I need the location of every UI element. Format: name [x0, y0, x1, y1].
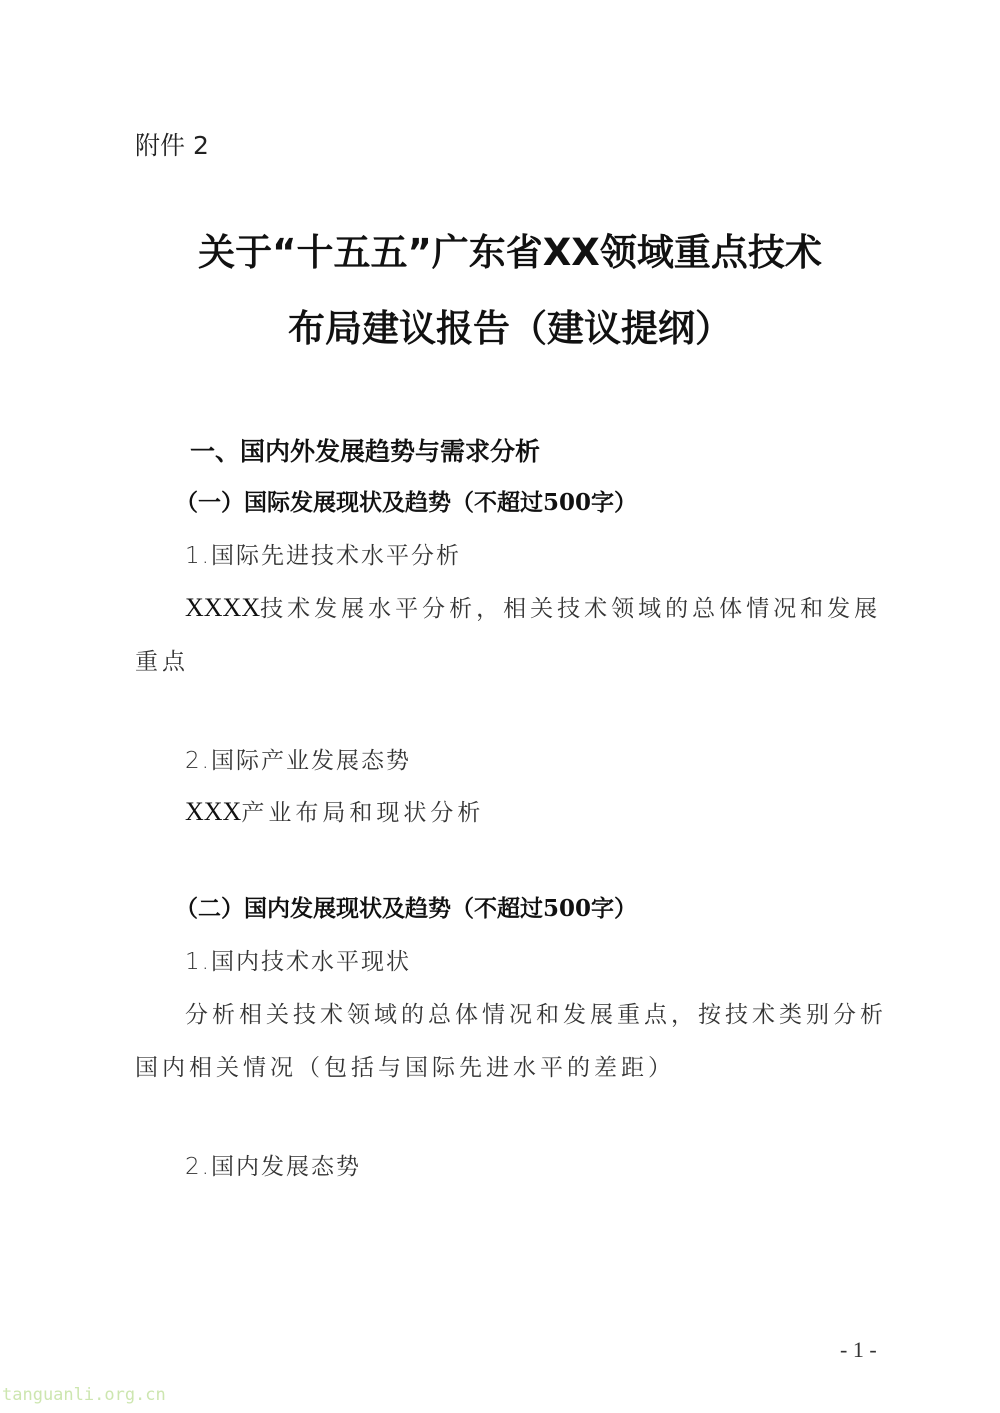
item-title-domestic-trend: 2.国内发展态势: [185, 1148, 361, 1181]
page-number: - 1 -: [840, 1337, 877, 1363]
item-title-intl-tech: 1.国际先进技术水平分析: [185, 537, 461, 570]
item-body-domestic-tech-line-2: 国内相关情况（包括与国际先进水平的差距）: [135, 1049, 675, 1082]
document-title-line-2: 布局建议报告（建议提纲）: [0, 298, 1000, 352]
attachment-label: 附件 2: [135, 126, 209, 162]
item-body-domestic-tech-line-1: 分析相关技术领域的总体情况和发展重点，按技术类别分析: [185, 996, 887, 1029]
placeholder-xxxx: XXXX: [185, 593, 260, 622]
item-title-intl-industry: 2.国际产业发展态势: [185, 742, 411, 775]
document-title-line-1: 关于“十五五”广东省XX领域重点技术: [0, 222, 1000, 276]
watermark: tanguanli.org.cn: [2, 1385, 166, 1405]
body-text: 产业布局和现状分析: [241, 800, 484, 826]
placeholder-xxx: XXX: [185, 797, 241, 826]
subsection-heading-1: （一）国际发展现状及趋势（不超过500字）: [175, 484, 637, 517]
item-title-domestic-tech: 1.国内技术水平现状: [185, 943, 411, 976]
item-body-intl-tech-line-1: XXXX技术发展水平分析，相关技术领域的总体情况和发展: [185, 590, 881, 623]
item-body-intl-tech-line-2: 重点: [135, 643, 189, 676]
subsection-heading-2: （二）国内发展现状及趋势（不超过500字）: [175, 890, 637, 923]
section-heading-1: 一、国内外发展趋势与需求分析: [190, 432, 540, 468]
body-text: 技术发展水平分析，相关技术领域的总体情况和发展: [260, 596, 881, 622]
item-body-intl-industry: XXX产业布局和现状分析: [185, 794, 484, 827]
